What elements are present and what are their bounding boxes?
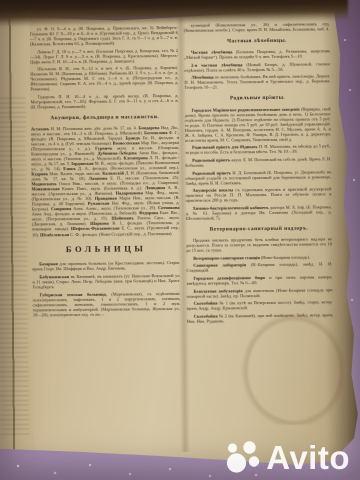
entry-name: Богомолова	[144, 130, 169, 135]
midwives-entries: Астаховъ Н. М. Плошкина жен. дѣт. домъ №…	[31, 125, 180, 237]
hospitals-entries: Базарная для заразныхъ больныхъ (за Крес…	[32, 260, 181, 317]
entry-name: Шейнманъ	[112, 216, 138, 221]
entry-name: Езикъ	[63, 166, 78, 171]
veterinary-entries: Ветеринарно-санитарная станція (Ново-Баз…	[186, 254, 333, 324]
entry-name: Сотникова	[158, 205, 180, 210]
directory-entry: Базарная для заразныхъ больныхъ (за Крес…	[32, 260, 180, 272]
directory-entry: Химико-бактеріологическій кабинетъ докто…	[186, 204, 332, 221]
entry-name: Скотобойня	[194, 313, 219, 318]
avito-watermark: Avito	[226, 441, 350, 474]
heading-private-clinics: Частныя лѣчебницы.	[188, 37, 326, 45]
heading-hospitals: БОЛЬНИЦЫ	[32, 243, 180, 254]
directory-entry: Лѣчебница по женскимъ болѣзнямъ. Въ ней …	[184, 74, 330, 91]
left-continuation-entries: ул. Ф. О. 9—4 ч. д. (В. Покровка, д. При…	[30, 25, 179, 110]
left-column: ул. Ф. О. 9—4 ч. д. (В. Покровка, д. При…	[30, 25, 181, 320]
clinics-entries: Частная лѣчебница (Большая Покровка, д. …	[184, 49, 330, 91]
directory-entry: 2-я частная лѣчебница (Новый Базаръ, д. …	[184, 61, 330, 73]
directory-entry: Ветеринарно-санитарная станція (Ново-Баз…	[186, 254, 332, 261]
entry-name: Смирнова	[51, 206, 73, 211]
directory-entry: Скотобойня № 1 (въ путѣ на Печерскомъ шо…	[187, 300, 333, 312]
directory-entry: ул. Ф. О. 9—4 ч. д. (В. Покровка, д. При…	[30, 25, 178, 47]
entry-name: Родильный пріютъ	[192, 157, 231, 162]
veterinary-intro: Продажа мясныхъ продуктовъ безъ клейма в…	[186, 236, 332, 253]
entry-name: Клемперова	[123, 155, 149, 160]
entry-name: Городское дезинфекціонное бюро	[193, 275, 269, 281]
entry-name: Безплатная амбулаторія	[194, 288, 245, 294]
directory-entry: Родильный пріютъ Н. Д. Боченковой (Б. По…	[185, 169, 331, 186]
entry-name: Ружанская	[88, 201, 112, 206]
entry-name: Частная лѣчебница	[191, 50, 236, 55]
directory-entry: Родильный пріютъ акуш. Е. М. Поплавской …	[185, 156, 331, 168]
entry-name: Ветеринарно-санитарная станція	[193, 255, 261, 261]
avito-logo-icon	[226, 441, 261, 474]
directory-entry: Левина Г. Д. 10 ч. у.—7 ч. веч. (Большая…	[30, 48, 178, 65]
directory-entry: кузнецкой (Ковалихинская ул., 26) и сифи…	[184, 21, 330, 33]
entry-name: Химико-бактеріологическій кабинетъ	[193, 205, 270, 211]
entry-name: Губернская земская больница,	[40, 291, 112, 297]
maternity-entries: Городское Маріинское родовспомогательное…	[185, 106, 332, 221]
page-sheet: ул. Ф. О. 9—4 ч. д. (В. Покровка, д. При…	[0, 0, 360, 480]
directory-entry: Тодеровъ П. Н. 10—4 ч. д., пр. кромѣ вос…	[30, 93, 178, 110]
entry-name: Базарная	[39, 261, 59, 266]
directory-entry: Шальновъ В. И., отъ 9—12 ч. и веч. 4 ч. …	[30, 65, 178, 92]
heading-midwives: Акушерки, фельдшера и массажистки.	[35, 114, 175, 122]
directory-entry: Городское Маріинское родовспомогательное…	[185, 106, 331, 143]
entry-name: Надарешкова	[116, 191, 146, 196]
directory-entry: Губернская земская больница, (Мартыновск…	[33, 290, 181, 317]
entry-name: Федорова	[139, 211, 160, 216]
adjacent-page-text-fragments	[0, 98, 29, 438]
entry-name: Санитарная лабораторія	[193, 263, 251, 269]
entry-name: Астаховъ	[31, 126, 51, 131]
directory-entry: Бабушкинская въ Канавинѣ, въ камышахъ (у…	[32, 273, 180, 290]
entry-name: Вознесенская	[113, 141, 141, 146]
directory-entry: Родильный пріютъ для бѣдныхъ П. П. Малош…	[185, 144, 331, 156]
directory-entry: Безплатная амбулаторія для животныхъ (Но…	[187, 287, 333, 299]
heading-veterinary-inspection: Ветеринарно-санитарный надзоръ.	[190, 225, 328, 233]
directory-entry: Продажа мясныхъ продуктовъ безъ клейма в…	[186, 236, 332, 253]
heading-maternity-shelters: Родильные пріюты.	[189, 95, 327, 103]
right-continuation-entries: кузнецкой (Ковалихинская ул., 26) и сифи…	[184, 21, 330, 33]
entry-name: Бабушкинская	[39, 274, 70, 279]
directory-entry: Акушерскія школы съ годичнымъ курсомъ и …	[185, 187, 331, 204]
entry-name: Городское Маріинское родовспомогательное…	[192, 106, 301, 112]
right-column: кузнецкой (Ковалихинская ул., 26) и сифи…	[184, 21, 333, 326]
entry-name: Лазанова	[89, 176, 111, 181]
directory-entry: Частная лѣчебница (Большая Покровка, д. …	[184, 49, 330, 61]
entry-name: Монашевская	[31, 187, 62, 192]
directory-entry: Санитарная лабораторія (Н.-Базарная площ…	[186, 262, 332, 274]
entry-name: Лѣчебница	[191, 75, 215, 80]
avito-wordmark: Avito	[266, 441, 350, 474]
entry-name: Кудрявъ	[31, 172, 49, 177]
entry-name: Ляпидина	[145, 185, 168, 190]
entry-name: 2-я частная лѣчебница	[191, 62, 246, 68]
entry-name: Штабелевская	[40, 232, 70, 237]
entry-name: Родильный пріютъ	[192, 170, 232, 175]
directory-entry: Городское дезинфекціонное бюро и при нем…	[186, 274, 332, 286]
entry-name: Акушерскія школы	[192, 188, 235, 193]
directory-entry: Скотобойня № 2 (въ Канавинѣ), при ней по…	[187, 312, 333, 324]
photo-of-book-page: { "watermark": { "brand": "Avito" }, "co…	[0, 0, 360, 480]
entry-name: Шефтель-Фукзановская	[71, 226, 122, 232]
entry-name: Родильный пріютъ для бѣдныхъ	[192, 144, 259, 150]
entry-name: Скотобойня	[194, 301, 220, 306]
